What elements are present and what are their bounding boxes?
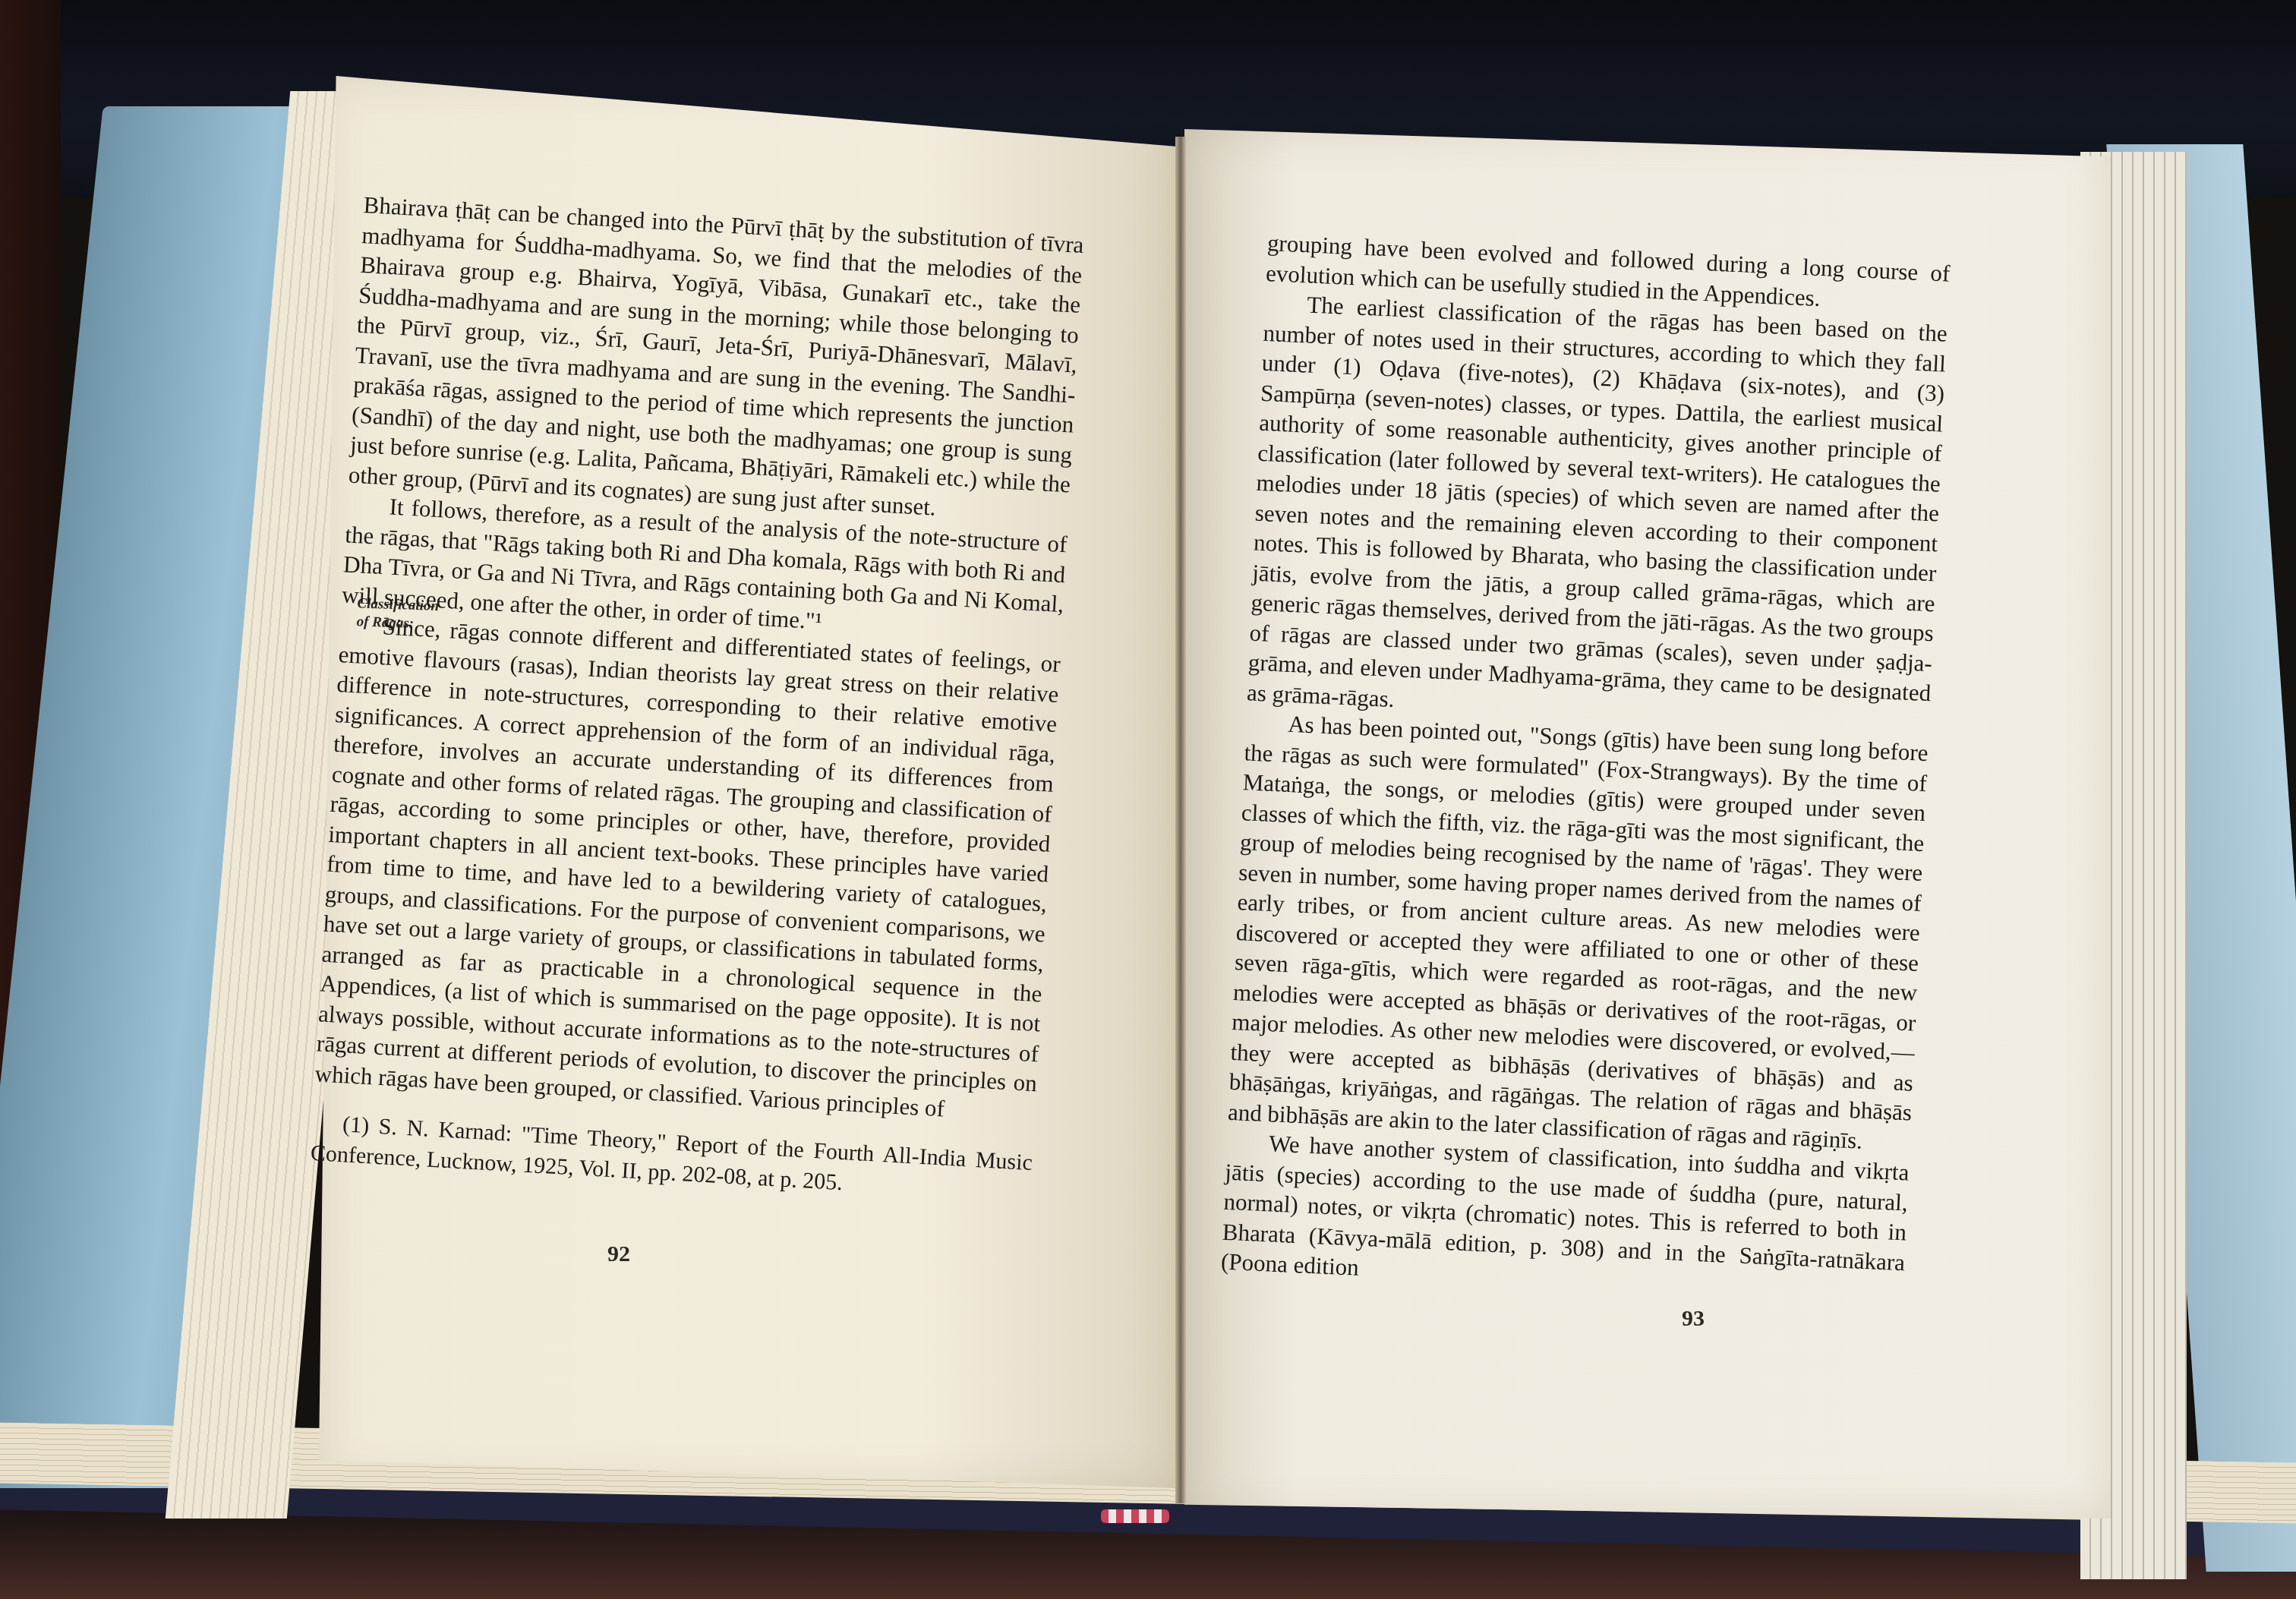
page-number-right: 93 bbox=[1682, 1306, 1705, 1332]
paragraph: The earliest classification of the rāgas… bbox=[1246, 288, 1947, 738]
paragraph: We have another system of classification… bbox=[1220, 1127, 1910, 1307]
right-page-text: grouping have been evolved and followed … bbox=[1220, 228, 1951, 1307]
paragraph: Bhairava ṭhāṭ can be changed into the Pū… bbox=[348, 190, 1085, 529]
paragraph: As has been pointed out, "Songs (gītis) … bbox=[1227, 707, 1929, 1157]
book-gutter bbox=[1175, 137, 1186, 1503]
page-number-left: 92 bbox=[607, 1241, 630, 1267]
bookmark-ribbon[interactable] bbox=[1101, 1509, 1169, 1523]
paragraph: Since, rāgas connote different and diffe… bbox=[314, 609, 1061, 1128]
left-page-text: Bhairava ṭhāṭ can be changed into the Pū… bbox=[310, 190, 1085, 1209]
